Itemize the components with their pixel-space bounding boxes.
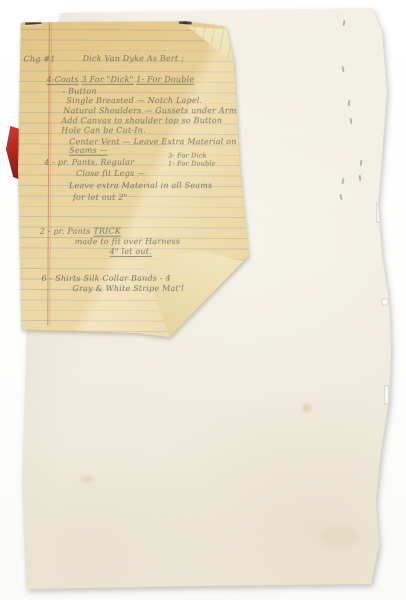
note-line: Leave extra Material in all Seams — [69, 181, 212, 190]
note-line-stack: 3- For Dick1- For Double — [168, 153, 216, 168]
note-line: Seams — — [69, 146, 108, 155]
pattern-notch-slot — [384, 385, 389, 405]
stitch-mark — [350, 118, 353, 124]
note-line: Dick Van Dyke As Bert : — [83, 54, 184, 63]
note-line: 4" let out. — [110, 247, 152, 256]
note-line: for let out 2" — [73, 193, 128, 202]
note-text-lines: Chg #1Dick Van Dyke As Bert :4-Coats 3 F… — [17, 19, 253, 340]
handwritten-note: Chg #1Dick Van Dyke As Bert :4-Coats 3 F… — [17, 19, 253, 340]
stitch-mark — [359, 175, 362, 181]
stitch-mark — [342, 20, 345, 26]
note-line: Natural Shoulders — Gussets under Arms) — [63, 106, 244, 115]
stain — [302, 404, 312, 412]
pattern-notch-slot — [376, 203, 381, 223]
note-line: 4 - pr. Pants, Regular3- For Dick1- For … — [44, 158, 134, 167]
note-line: Gray & White Stripe Mat'l — [72, 284, 184, 293]
note-line: Chg #1 — [24, 54, 56, 63]
note-line: Add Canvas to shoulder top so Button — [61, 116, 222, 125]
handwritten-note-wrap: Chg #1Dick Van Dyke As Bert :4-Coats 3 F… — [17, 19, 253, 340]
stain — [320, 526, 360, 548]
stitch-mark — [341, 178, 344, 184]
note-line: 2 - pr. Pants TRICK — [40, 227, 121, 236]
stitch-mark — [348, 100, 351, 106]
stitch-mark — [359, 160, 362, 166]
note-line: Close fit Legs — — [76, 169, 145, 178]
photo-stage: Chg #1Dick Van Dyke As Bert :4-Coats 3 F… — [0, 0, 406, 600]
note-line: 6 - Shirts Silk Collar Bands - 4 — [41, 274, 170, 283]
note-line: made to fit over Harness — [75, 237, 181, 246]
stain — [80, 476, 94, 482]
note-line: Hole Can be Cut-In. — [61, 126, 145, 135]
stitch-mark — [339, 194, 342, 200]
note-line: - Button — [62, 87, 96, 96]
pattern-punch-hole — [381, 298, 389, 306]
note-line: Single Breasted — Notch Lapel. — [66, 96, 202, 105]
stitch-mark — [341, 66, 344, 72]
note-line: 4-Coats 3 For "Dick" 1- For Double — [47, 75, 195, 84]
